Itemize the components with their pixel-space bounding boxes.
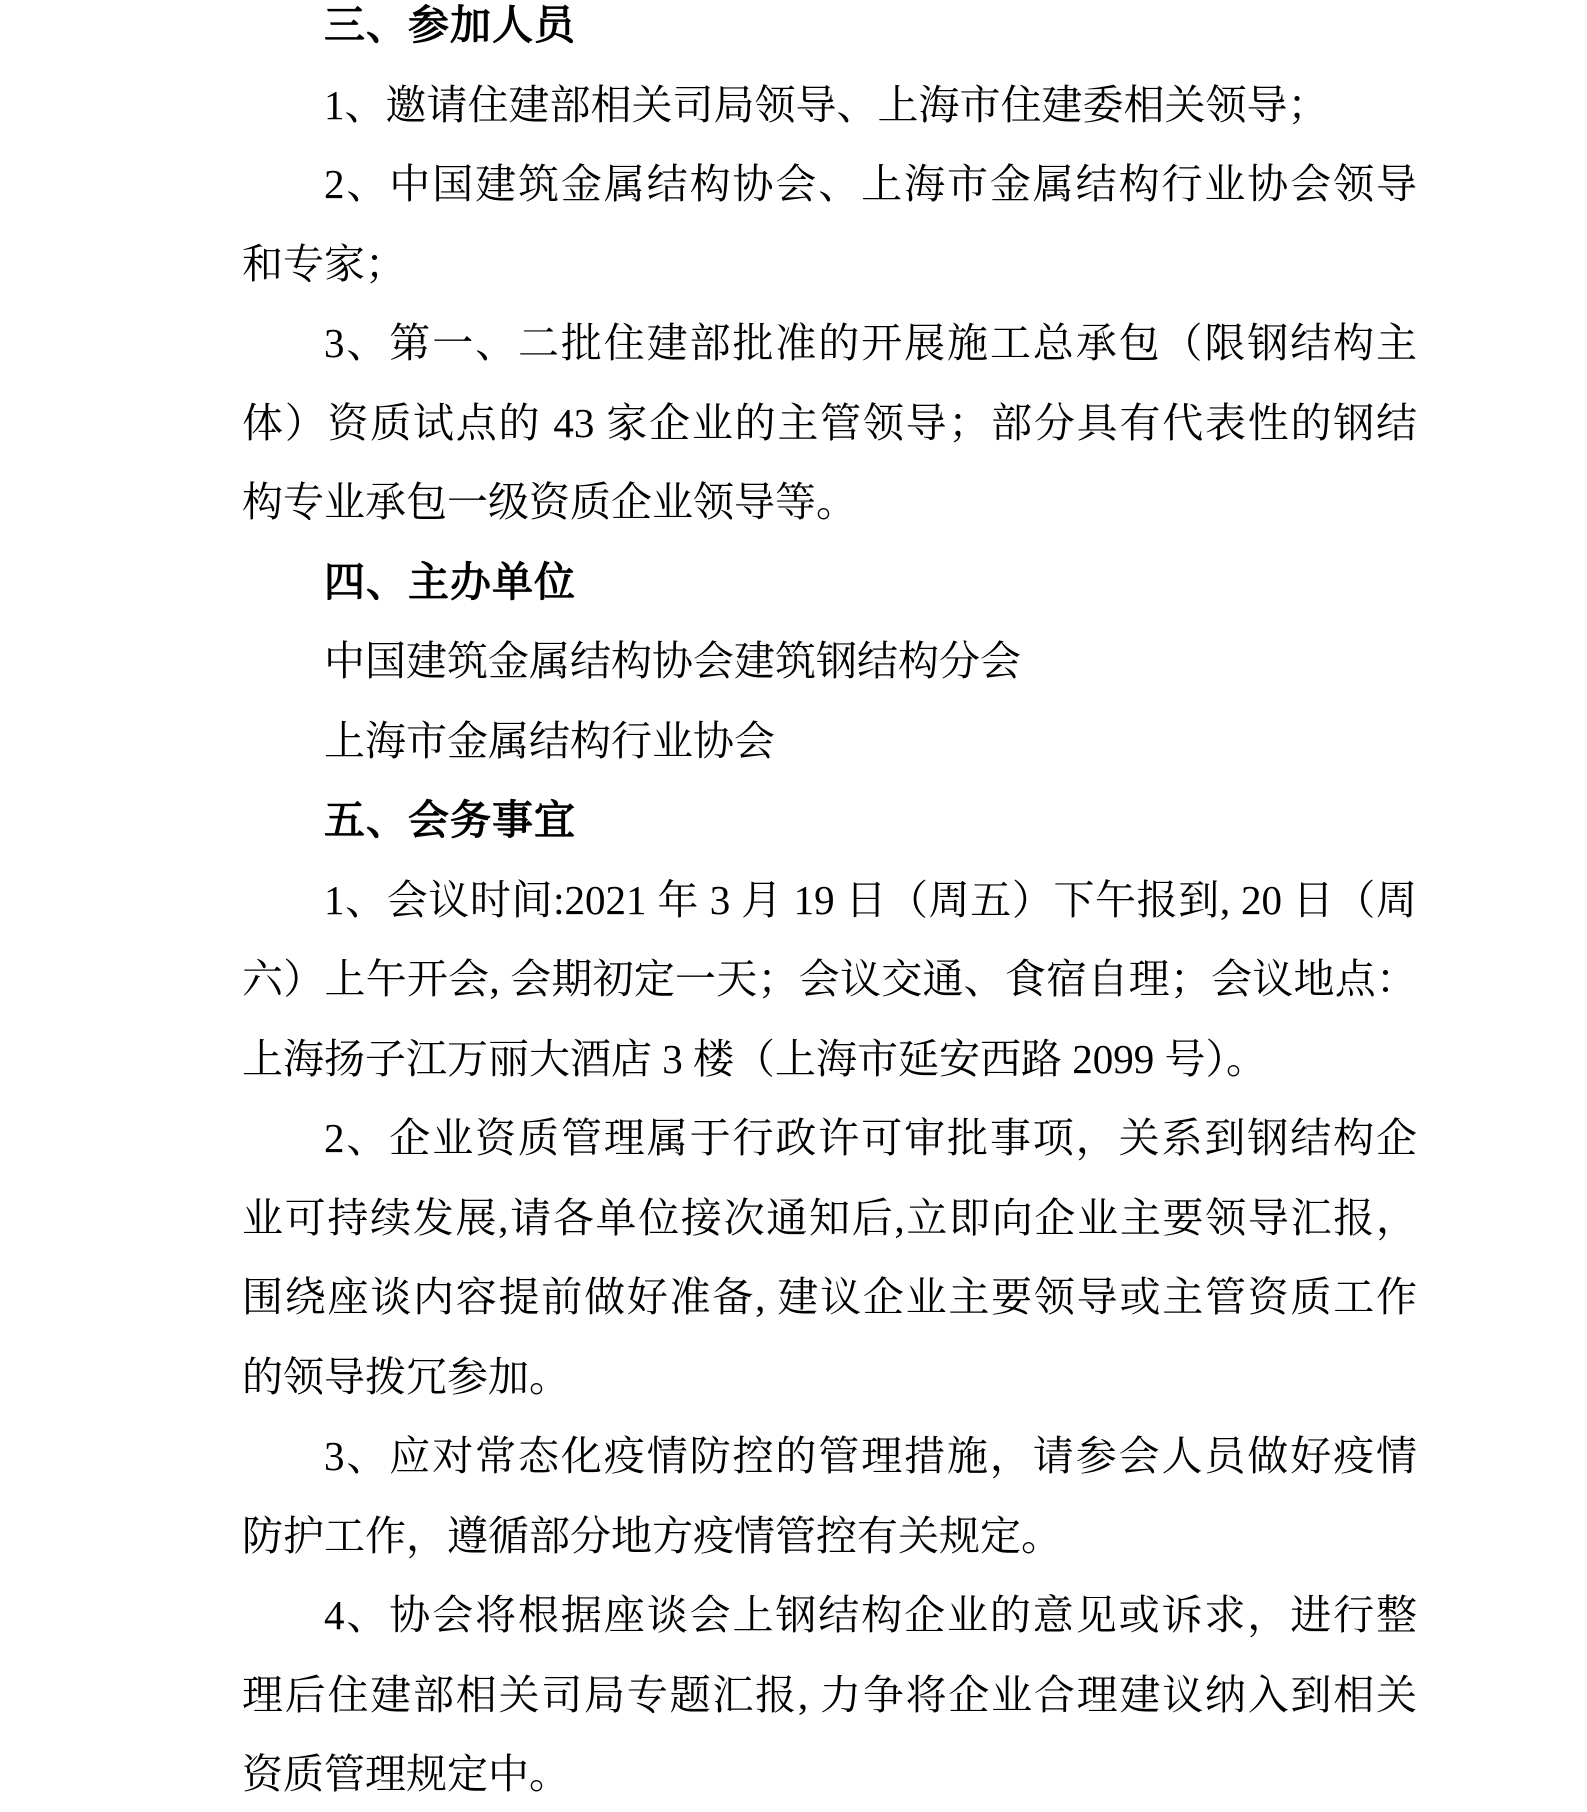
section-heading: 三、参加人员 bbox=[242, 0, 1417, 66]
text-line: 构专业承包一级资质企业领导等。 bbox=[242, 463, 1417, 543]
text-line: 3、第一、二批住建部批准的开展施工总承包（限钢结构主 bbox=[242, 304, 1417, 384]
text-line: 六）上午开会, 会期初定一天；会议交通、食宿自理；会议地点： bbox=[242, 940, 1417, 1020]
text-line: 2、企业资质管理属于行政许可审批事项，关系到钢结构企 bbox=[242, 1099, 1417, 1179]
document-body: 三、参加人员1、邀请住建部相关司局领导、上海市住建委相关领导；2、中国建筑金属结… bbox=[242, 0, 1417, 1812]
text-line: 上海扬子江万丽大酒店 3 楼（上海市延安西路 2099 号）。 bbox=[242, 1020, 1417, 1100]
section-heading: 五、会务事宜 bbox=[242, 781, 1417, 861]
text-line: 中国建筑金属结构协会建筑钢结构分会 bbox=[242, 622, 1417, 702]
text-line: 体）资质试点的 43 家企业的主管领导；部分具有代表性的钢结 bbox=[242, 384, 1417, 464]
text-line: 2、中国建筑金属结构协会、上海市金属结构行业协会领导 bbox=[242, 145, 1417, 225]
text-line: 理后住建部相关司局专题汇报, 力争将企业合理建议纳入到相关 bbox=[242, 1656, 1417, 1736]
text-line: 3、应对常态化疫情防控的管理措施，请参会人员做好疫情 bbox=[242, 1417, 1417, 1497]
text-line: 4、协会将根据座谈会上钢结构企业的意见或诉求，进行整 bbox=[242, 1576, 1417, 1656]
text-line: 资质管理规定中。 bbox=[242, 1735, 1417, 1812]
text-line: 和专家； bbox=[242, 225, 1417, 305]
text-line: 上海市金属结构行业协会 bbox=[242, 702, 1417, 782]
text-line: 围绕座谈内容提前做好准备, 建议企业主要领导或主管资质工作 bbox=[242, 1258, 1417, 1338]
section-heading: 四、主办单位 bbox=[242, 543, 1417, 623]
text-line: 1、邀请住建部相关司局领导、上海市住建委相关领导； bbox=[242, 66, 1417, 146]
text-line: 的领导拨冗参加。 bbox=[242, 1338, 1417, 1418]
text-line: 防护工作，遵循部分地方疫情管控有关规定。 bbox=[242, 1497, 1417, 1577]
text-line: 业可持续发展,请各单位接次通知后,立即向企业主要领导汇报， bbox=[242, 1179, 1417, 1259]
document-page: 三、参加人员1、邀请住建部相关司局领导、上海市住建委相关领导；2、中国建筑金属结… bbox=[0, 0, 1587, 1812]
text-line: 1、会议时间:2021 年 3 月 19 日（周五）下午报到, 20 日（周 bbox=[242, 861, 1417, 941]
